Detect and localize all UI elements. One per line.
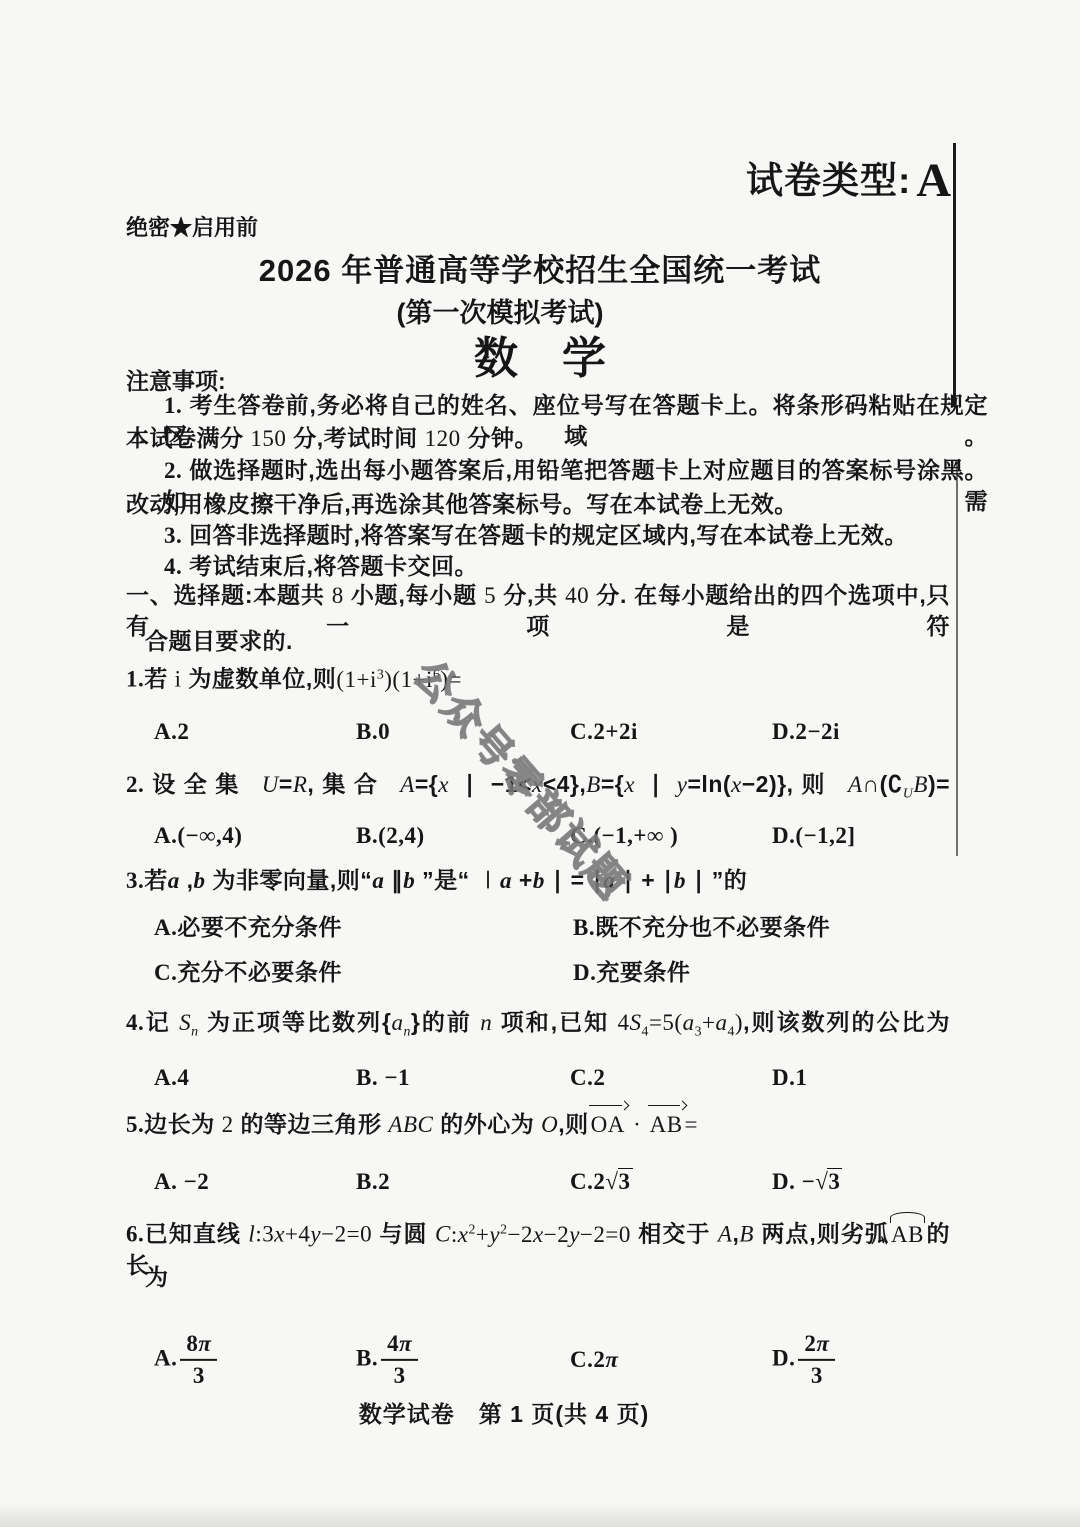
question-stem: 4.记 Sn 为正项等比数列{an}的前 n 项和,已知 4S4=5(a3+a4… [126,1007,950,1047]
option-row: A.必要不充分条件B.既不充分也不必要条件 [126,913,950,947]
option-row: A.8π3B.4π3C.2πD.2π3 [126,1322,950,1398]
option: B.0 [356,717,390,747]
notice-line: 本试卷满分 150 分,考试时间 120 分钟。 [126,423,950,454]
option: B.既不充分也不必要条件 [573,913,830,943]
question-stem: 3.若a ,b 为非零向量,则“a ∥b ”是“ ∣a +b ∣ = ∣a ∣ … [126,865,950,896]
option: B. −1 [356,1063,410,1093]
option: A.8π3 [154,1332,217,1388]
option-row: A.4B. −1C.2D.1 [126,1063,950,1097]
option: C.2+2i [570,717,638,747]
question-stem: 1.若 i 为虚数单位,则(1+i3)(1+i6)= [126,659,950,695]
option: D.充要条件 [573,958,690,988]
option: D.2π3 [772,1332,835,1388]
scan-shadow [0,1503,1080,1527]
option: D.2−2i [772,717,840,747]
notice-line: 3. 回答非选择题时,将答案写在答题卡的规定区域内,写在本试卷上无效。 [126,520,988,551]
exam-paper-page: { "header": { "paper_type_label": "试卷类型:… [0,0,1080,1527]
notice-line: 改动,用橡皮擦干净后,再选涂其他答案标号。写在本试卷上无效。 [126,489,950,519]
option: A.必要不充分条件 [154,913,342,943]
option: B.4π3 [356,1332,418,1388]
option: A. −2 [154,1167,209,1197]
notice-line: 4. 考试结束后,将答题卡交回。 [126,551,988,582]
page-footer: 数学试卷 第 1 页(共 4 页) [92,1396,916,1429]
option: D.1 [772,1063,807,1093]
option: A.4 [154,1063,189,1093]
option: C.充分不必要条件 [154,958,342,988]
option: B.2 [356,1167,390,1197]
section-heading-line: 合题目要求的. [126,626,969,656]
option: D.(−1,2] [772,821,856,851]
option: B.(2,4) [356,821,425,851]
option: C.2 [570,1063,605,1093]
option: C.2√3 [570,1167,633,1197]
option: C.2π [570,1345,618,1375]
option-row: A. −2B.2C.2√3D. −√3 [126,1167,950,1201]
option: A.(−∞,4) [154,821,242,851]
question-stem: 为 [126,1262,969,1292]
option-row: C.充分不必要条件D.充要条件 [126,958,950,992]
option: D. −√3 [772,1167,842,1197]
option: A.2 [154,717,189,747]
option-row: A.2B.0C.2+2iD.2−2i [126,717,950,751]
question-stem: 5.边长为 2 的等边三角形 ABC 的外心为 O,则OA · AB= [126,1109,950,1140]
